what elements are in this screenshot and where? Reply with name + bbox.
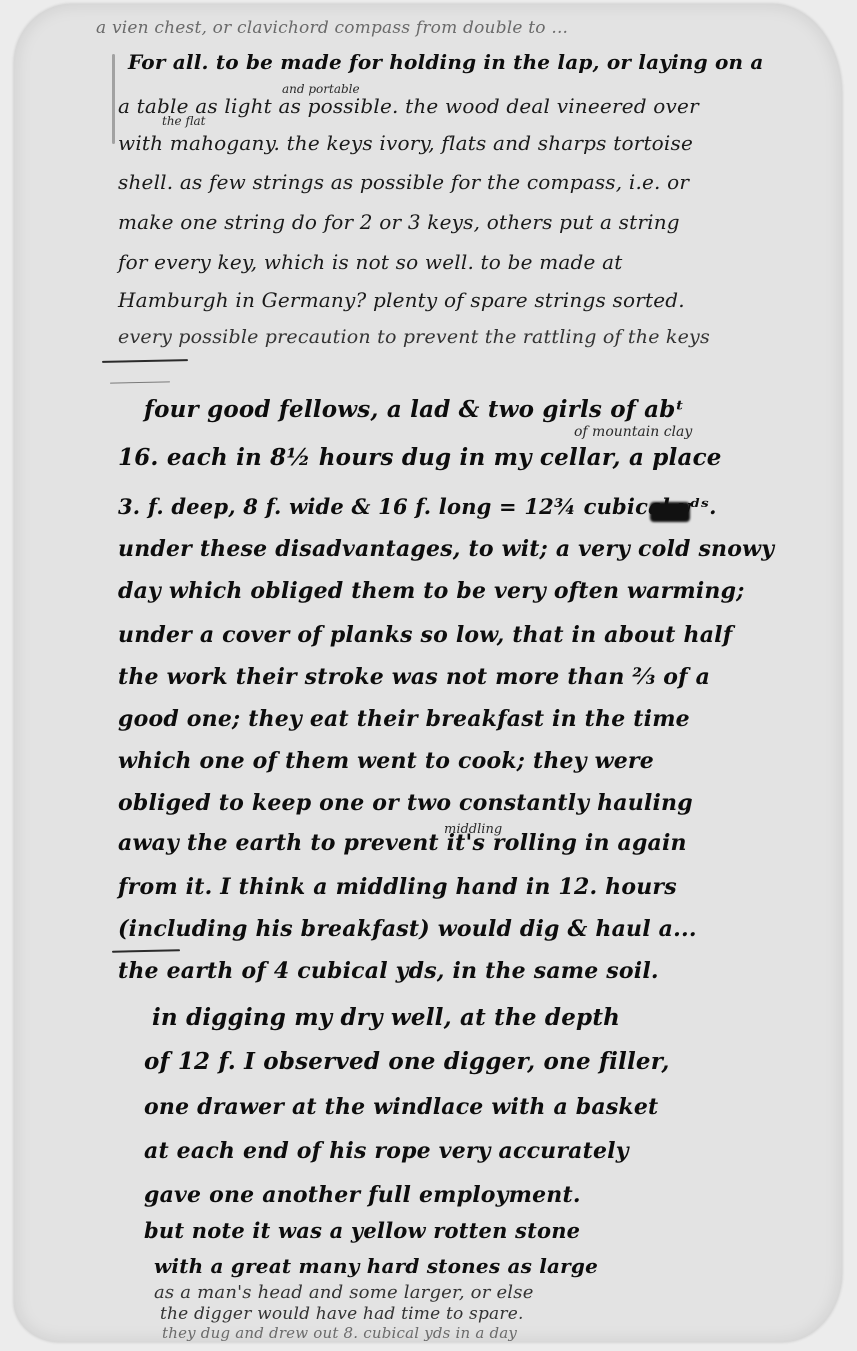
manuscript-line: gave one another full employment. bbox=[144, 1182, 581, 1208]
interlinear-insertion: middling bbox=[444, 822, 502, 837]
manuscript-line: with mahogany. the keys ivory, flats and… bbox=[118, 131, 693, 155]
manuscript-line: but note it was a yellow rotten stone bbox=[144, 1218, 580, 1243]
ink-blot bbox=[650, 502, 690, 522]
interlinear-insertion: of mountain clay bbox=[574, 424, 692, 440]
manuscript-line: (including his breakfast) would dig & ha… bbox=[118, 916, 697, 942]
manuscript-line: a vien chest, or clavichord compass from… bbox=[96, 18, 568, 38]
manuscript-line: every possible precaution to prevent the… bbox=[118, 326, 710, 348]
manuscript-line: the earth of 4 cubical yds, in the same … bbox=[118, 958, 659, 984]
manuscript-line: they dug and drew out 8. cubical yds in … bbox=[162, 1324, 517, 1342]
manuscript-line: make one string do for 2 or 3 keys, othe… bbox=[118, 210, 680, 234]
manuscript-line: as a man's head and some larger, or else bbox=[154, 1282, 534, 1303]
manuscript-line: from it. I think a middling hand in 12. … bbox=[118, 874, 677, 900]
scanned-page: a vien chest, or clavichord compass from… bbox=[0, 0, 857, 1351]
manuscript-line: the work their stroke was not more than … bbox=[118, 664, 710, 690]
manuscript-line: with a great many hard stones as large bbox=[154, 1254, 598, 1278]
manuscript-line: 16. each in 8½ hours dug in my cellar, a… bbox=[118, 444, 722, 471]
manuscript-line: four good fellows, a lad & two girls of … bbox=[144, 396, 684, 423]
section-divider bbox=[112, 949, 180, 952]
manuscript-line: one drawer at the windlace with a basket bbox=[144, 1094, 658, 1120]
manuscript-line: under these disadvantages, to wit; a ver… bbox=[118, 536, 774, 562]
manuscript-line: 3. f. deep, 8 f. wide & 16 f. long = 12¾… bbox=[118, 494, 717, 519]
manuscript-line: for every key, which is not so well. to … bbox=[118, 250, 622, 274]
manuscript-line: at each end of his rope very accurately bbox=[144, 1138, 629, 1164]
section-divider bbox=[102, 359, 188, 363]
manuscript-line: Hamburgh in Germany? plenty of spare str… bbox=[118, 288, 685, 312]
manuscript-sheet: a vien chest, or clavichord compass from… bbox=[14, 4, 842, 1342]
manuscript-line: For all. to be made for holding in the l… bbox=[128, 50, 764, 74]
manuscript-line: in digging my dry well, at the depth bbox=[152, 1004, 620, 1031]
manuscript-line: under a cover of planks so low, that in … bbox=[118, 622, 732, 648]
margin-mark bbox=[112, 54, 115, 144]
manuscript-line: away the earth to prevent it's rolling i… bbox=[118, 830, 687, 856]
manuscript-line: obliged to keep one or two constantly ha… bbox=[118, 790, 693, 816]
manuscript-line: day which obliged them to be very often … bbox=[118, 578, 745, 604]
manuscript-line: the digger would have had time to spare. bbox=[160, 1304, 524, 1324]
manuscript-line: of 12 f. I observed one digger, one fill… bbox=[144, 1048, 670, 1075]
interlinear-insertion: the flat bbox=[162, 114, 205, 128]
manuscript-line: shell. as few strings as possible for th… bbox=[118, 170, 689, 194]
manuscript-line: good one; they eat their breakfast in th… bbox=[118, 706, 690, 732]
section-divider bbox=[110, 381, 170, 383]
manuscript-line: which one of them went to cook; they wer… bbox=[118, 748, 654, 774]
